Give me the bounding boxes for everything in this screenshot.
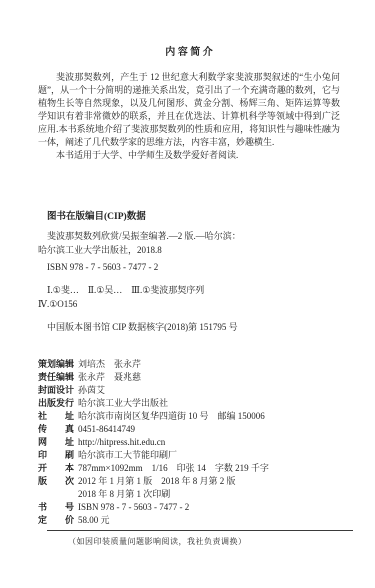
colophon-row: 2018 年 8 月第 1 次印刷: [38, 488, 340, 501]
cip-classification: Ⅰ.①斐… Ⅱ.①吴… Ⅲ.①斐波那契序列 Ⅳ.①O156: [38, 283, 340, 311]
cip-entry: 斐波那契数列欣赏/吴振奎编著.—2 版.—哈尔滨： 哈尔滨工业大学出版社，201…: [38, 229, 340, 257]
colophon-row: 印 刷 哈尔滨市工大节能印刷厂: [38, 449, 340, 462]
colophon-row: 封面设计 孙茵艾: [38, 384, 340, 397]
colophon-label: 版 次: [38, 475, 76, 488]
copyright-page: 内 容 简 介 斐波那契数列，产生于 12 世纪意大利数学家斐波那契叙述的“生小…: [0, 0, 375, 588]
colophon-label: 开 本: [38, 462, 76, 475]
colophon-value: http://hitpress.hit.edu.cn: [78, 436, 340, 449]
cip-entry-line-2: 哈尔滨工业大学出版社，2018.8: [38, 243, 340, 257]
colophon-value: 58.00 元: [78, 514, 340, 527]
colophon-value: 哈尔滨工业大学出版社: [78, 397, 340, 410]
colophon-value: ISBN 978 - 7 - 5603 - 7477 - 2: [78, 501, 340, 514]
cip-entry-line-1: 斐波那契数列欣赏/吴振奎编著.—2 版.—哈尔滨：: [47, 229, 340, 243]
cip-record-number: 中国版本图书馆 CIP 数据核字(2018)第 151795 号: [47, 321, 340, 334]
colophon-value: 0451-86414749: [78, 423, 340, 436]
cip-isbn: ISBN 978 - 7 - 5603 - 7477 - 2: [47, 261, 340, 274]
colophon-label: 策划编辑: [38, 358, 76, 371]
colophon-row: 策划编辑 刘培杰 张永芹: [38, 358, 340, 371]
footer-divider: [47, 530, 353, 531]
colophon-row: 出版发行 哈尔滨工业大学出版社: [38, 397, 340, 410]
intro-paragraph-1: 斐波那契数列，产生于 12 世纪意大利数学家斐波那契叙述的“生小兔问题”，从一个…: [38, 71, 340, 149]
colophon-label: [38, 488, 76, 501]
intro-paragraph-2: 本书适用于大学、中学师生及数学爱好者阅读.: [38, 149, 340, 162]
cip-class-line-1: Ⅰ.①斐… Ⅱ.①吴… Ⅲ.①斐波那契序列: [47, 283, 340, 297]
colophon-label: 封面设计: [38, 384, 76, 397]
colophon-value: 刘培杰 张永芹: [78, 358, 340, 371]
colophon-label: 网 址: [38, 436, 76, 449]
colophon-value: 哈尔滨市南岗区复华四道街 10 号 邮编 150006: [78, 410, 340, 423]
intro-heading: 内 容 简 介: [38, 46, 340, 59]
colophon-label: 书 号: [38, 501, 76, 514]
colophon-label: 印 刷: [38, 449, 76, 462]
colophon-row: 定 价 58.00 元: [38, 514, 340, 527]
colophon-row: 社 址 哈尔滨市南岗区复华四道街 10 号 邮编 150006: [38, 410, 340, 423]
colophon-row: 责任编辑 张永芹 聂兆慈: [38, 371, 340, 384]
colophon-value: 张永芹 聂兆慈: [78, 371, 340, 384]
colophon-row: 版 次 2012 年 1 月第 1 版 2018 年 8 月第 2 版: [38, 475, 340, 488]
colophon: 策划编辑 刘培杰 张永芹 责任编辑 张永芹 聂兆慈 封面设计 孙茵艾 出版发行 …: [38, 358, 340, 527]
colophon-row: 传 真 0451-86414749: [38, 423, 340, 436]
colophon-value: 787mm×1092mm 1/16 印张 14 字数 219 千字: [78, 462, 340, 475]
colophon-row: 开 本 787mm×1092mm 1/16 印张 14 字数 219 千字: [38, 462, 340, 475]
colophon-label: 传 真: [38, 423, 76, 436]
colophon-value: 2012 年 1 月第 1 版 2018 年 8 月第 2 版: [78, 475, 340, 488]
colophon-label: 社 址: [38, 410, 76, 423]
cip-heading: 图书在版编目(CIP)数据: [47, 211, 340, 224]
colophon-row: 书 号 ISBN 978 - 7 - 5603 - 7477 - 2: [38, 501, 340, 514]
colophon-row: 网 址 http://hitpress.hit.edu.cn: [38, 436, 340, 449]
colophon-label: 出版发行: [38, 397, 76, 410]
colophon-label: 责任编辑: [38, 371, 76, 384]
colophon-value: 孙茵艾: [78, 384, 340, 397]
colophon-value: 哈尔滨市工大节能印刷厂: [78, 449, 340, 462]
colophon-label: 定 价: [38, 514, 76, 527]
colophon-value: 2018 年 8 月第 1 次印刷: [78, 488, 340, 501]
quality-exchange-note: （如因印装质量问题影响阅读，我社负责调换）: [68, 536, 340, 548]
cip-class-line-2: Ⅳ.①O156: [38, 297, 340, 311]
